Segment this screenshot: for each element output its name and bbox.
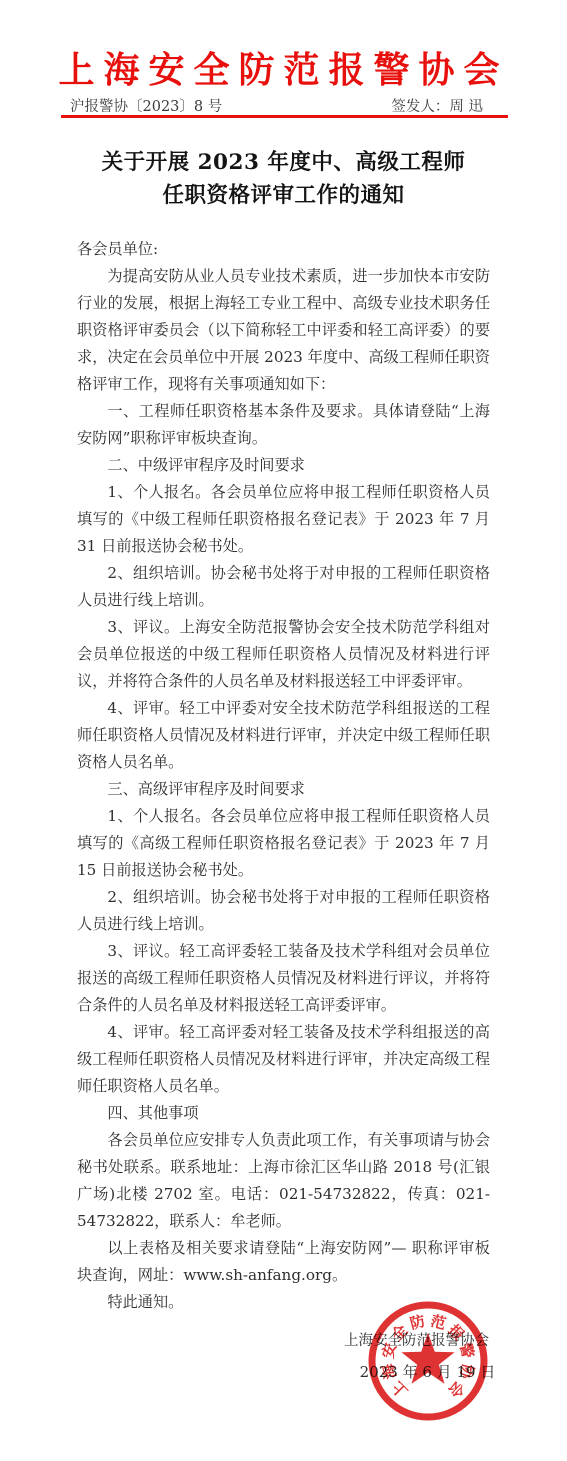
document-page: 上海安全防范报警协会 沪报警协〔2023〕8 号 签发人：周 迅 关于开展 20… [0, 0, 567, 1461]
doc-number: 沪报警协〔2023〕8 号 [70, 95, 222, 116]
section-heading: 二、中级评审程序及时间要求 [77, 452, 490, 479]
doc-body: 各会员单位: 为提高安防从业人员专业技术素质，进一步加快本市安防行业的发展，根据… [77, 236, 490, 1316]
body-paragraph: 以上表格及相关要求请登陆“上海安防网”— 职称评审板块查询，网址：www.sh-… [77, 1235, 490, 1289]
body-paragraph: 一、工程师任职资格基本条件及要求。具体请登陆“上海安防网”职称评审板块查询。 [77, 398, 490, 452]
body-paragraph: 3、评议。轻工高评委轻工装备及技术学科组对会员单位报送的高级工程师任职资格人员情… [77, 938, 490, 1019]
org-name-header: 上海安全防范报警协会 [0, 42, 567, 93]
signature-block: 上海安全防范报警协会 2023 年 6 月 19 日 [344, 1326, 511, 1388]
body-paragraph: 1、个人报名。各会员单位应将申报工程师任职资格人员填写的《中级工程师任职资格报名… [77, 479, 490, 560]
salutation: 各会员单位: [77, 236, 490, 263]
red-divider-line [61, 115, 508, 118]
body-paragraph: 3、评议。上海安全防范报警协会安全技术防范学科组对会员单位报送的中级工程师任职资… [77, 614, 490, 695]
body-paragraph: 4、评审。轻工高评委对轻工装备及技术学科组报送的高级工程师任职资格人员情况及材料… [77, 1019, 490, 1100]
signature-org: 上海安全防范报警协会 [344, 1326, 489, 1357]
section-heading: 四、其他事项 [77, 1100, 490, 1127]
body-paragraph: 各会员单位应安排专人负责此项工作，有关事项请与协会秘书处联系。联系地址：上海市徐… [77, 1127, 490, 1235]
body-paragraph: 为提高安防从业人员专业技术素质，进一步加快本市安防行业的发展，根据上海轻工专业工… [77, 263, 490, 398]
body-paragraph: 2、组织培训。协会秘书处将于对申报的工程师任职资格人员进行线上培训。 [77, 884, 490, 938]
closing-line: 特此通知。 [77, 1289, 490, 1316]
signer: 签发人：周 迅 [391, 95, 483, 116]
doc-title-line1: 关于开展 2023 年度中、高级工程师 [0, 146, 567, 179]
doc-title: 关于开展 2023 年度中、高级工程师 任职资格评审工作的通知 [0, 146, 567, 212]
body-paragraph: 4、评审。轻工中评委对安全技术防范学科组报送的工程师任职资格人员情况及材料进行评… [77, 695, 490, 776]
body-paragraph: 2、组织培训。协会秘书处将于对申报的工程师任职资格人员进行线上培训。 [77, 560, 490, 614]
doc-info-row: 沪报警协〔2023〕8 号 签发人：周 迅 [70, 95, 483, 116]
signature-date: 2023 年 6 月 19 日 [344, 1357, 511, 1388]
section-heading: 三、高级评审程序及时间要求 [77, 776, 490, 803]
body-paragraph: 1、个人报名。各会员单位应将申报工程师任职资格人员填写的《高级工程师任职资格报名… [77, 803, 490, 884]
doc-title-line2: 任职资格评审工作的通知 [0, 179, 567, 212]
